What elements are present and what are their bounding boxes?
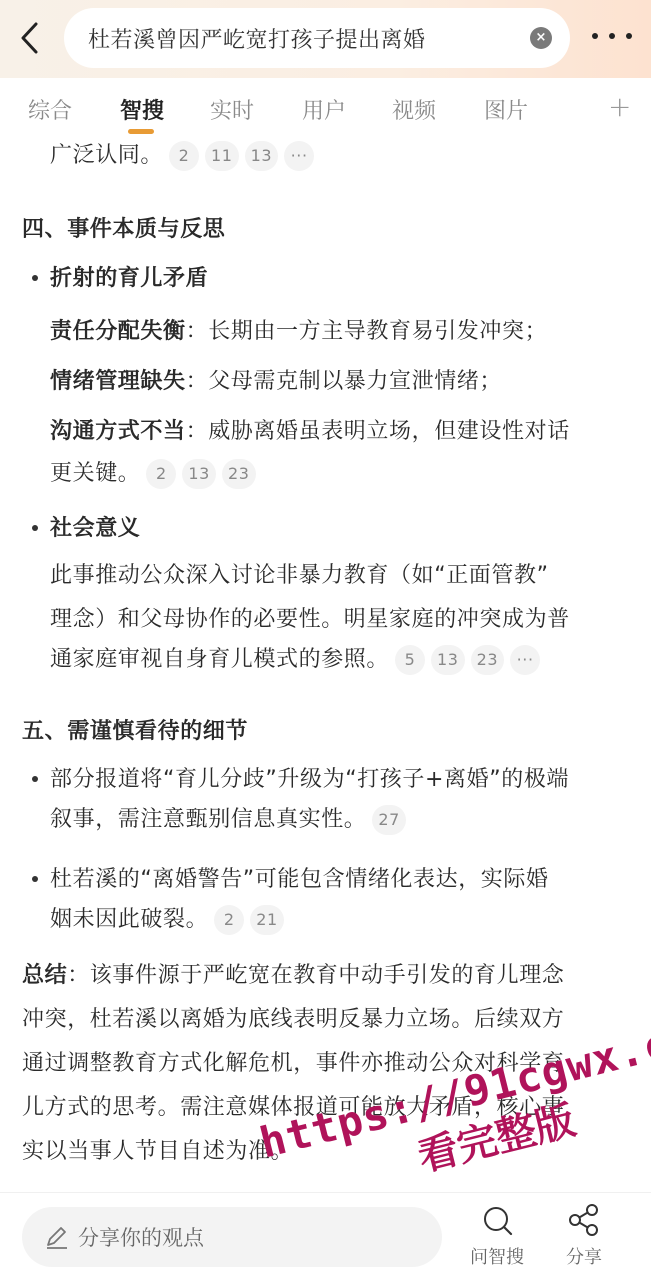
share-label: 分享 bbox=[566, 1243, 602, 1269]
add-tab-icon[interactable]: + bbox=[608, 90, 631, 123]
summary-line: 冲突，杜若溪以离婚为底线表明反暴力立场。后续双方 bbox=[22, 1002, 564, 1033]
back-button[interactable] bbox=[14, 18, 46, 58]
list-item: 杜若溪的“离婚警告”可能包含情绪化表达，实际婚 bbox=[50, 862, 549, 893]
list-item-continued: 更关键。21323 bbox=[50, 456, 256, 489]
summary-line: 通过调整教育方式化解危机，事件亦推动公众对科学育 bbox=[22, 1046, 564, 1077]
tab-images[interactable]: 图片 bbox=[484, 94, 528, 125]
list-item: 责任分配失衡：长期由一方主导教育易引发冲突； bbox=[50, 314, 547, 345]
comment-placeholder: 分享你的观点 bbox=[78, 1222, 204, 1252]
summary-line: 儿方式的思考。需注意媒体报道可能放大矛盾，核心事 bbox=[22, 1090, 564, 1121]
smart-search-icon bbox=[480, 1203, 514, 1237]
paragraph-line: 此事推动公众深入讨论非暴力教育（如“正面管教” bbox=[50, 558, 549, 589]
more-options-icon[interactable] bbox=[592, 24, 632, 48]
list-item: 沟通方式不当：威胁离婚虽表明立场，但建设性对话 bbox=[50, 414, 570, 445]
section-heading: 四、事件本质与反思 bbox=[22, 212, 225, 243]
list-item-continued: 叙事，需注意甄别信息真实性。27 bbox=[50, 802, 406, 835]
citation-badge[interactable]: 23 bbox=[222, 459, 256, 489]
clear-icon[interactable]: × bbox=[530, 27, 552, 49]
previous-paragraph-tail: 广泛认同。21113··· bbox=[50, 138, 314, 171]
paragraph-line: 理念）和父母协作的必要性。明星家庭的冲突成为普 bbox=[50, 602, 570, 633]
more-citations[interactable]: ··· bbox=[284, 141, 314, 171]
tab-videos[interactable]: 视频 bbox=[392, 94, 436, 125]
ask-smart-search-button[interactable]: 问智搜 bbox=[470, 1203, 524, 1269]
bullet-icon bbox=[32, 275, 38, 281]
chevron-left-icon bbox=[14, 18, 46, 58]
citation-badge[interactable]: 13 bbox=[431, 645, 465, 675]
bullet-icon bbox=[32, 876, 38, 882]
paragraph-line: 通家庭审视自身育儿模式的参照。51323··· bbox=[50, 642, 540, 675]
tab-smart-search[interactable]: 智搜 bbox=[120, 94, 164, 125]
tab-users[interactable]: 用户 bbox=[302, 94, 346, 125]
share-icon bbox=[567, 1203, 601, 1237]
citation-badge[interactable]: 5 bbox=[395, 645, 425, 675]
summary-line: 实以当事人节目自述为准。 bbox=[22, 1134, 293, 1165]
citation-badge[interactable]: 13 bbox=[182, 459, 216, 489]
ask-smart-search-label: 问智搜 bbox=[470, 1243, 524, 1269]
share-button[interactable]: 分享 bbox=[566, 1203, 602, 1269]
summary-line: 总结：该事件源于严屹宽在教育中动手引发的育儿理念 bbox=[22, 958, 564, 989]
citation-badge[interactable]: 23 bbox=[471, 645, 505, 675]
comment-input[interactable]: 分享你的观点 bbox=[22, 1207, 442, 1267]
section-heading: 五、需谨慎看待的细节 bbox=[22, 714, 248, 745]
tab-bar: 综合 智搜 实时 用户 视频 图片 + bbox=[0, 78, 651, 136]
subheading: 折射的育儿矛盾 bbox=[50, 261, 208, 292]
citation-badge[interactable]: 21 bbox=[250, 905, 284, 935]
subheading: 社会意义 bbox=[50, 511, 140, 542]
active-tab-indicator bbox=[128, 129, 154, 134]
citation-badge[interactable]: 11 bbox=[205, 141, 239, 171]
citation-badge[interactable]: 2 bbox=[146, 459, 176, 489]
citation-badge[interactable]: 2 bbox=[169, 141, 199, 171]
citation-badge[interactable]: 2 bbox=[214, 905, 244, 935]
header: 杜若溪曾因严屹宽打孩子提出离婚 × bbox=[0, 0, 651, 78]
pencil-icon bbox=[44, 1224, 70, 1250]
bullet-icon bbox=[32, 525, 38, 531]
bottom-bar: 分享你的观点 问智搜 分享 bbox=[0, 1192, 651, 1280]
search-input[interactable]: 杜若溪曾因严屹宽打孩子提出离婚 × bbox=[64, 8, 570, 68]
citation-badge[interactable]: 27 bbox=[372, 805, 406, 835]
more-citations[interactable]: ··· bbox=[510, 645, 540, 675]
list-item: 情绪管理缺失：父母需克制以暴力宣泄情绪； bbox=[50, 364, 502, 395]
tab-comprehensive[interactable]: 综合 bbox=[28, 94, 72, 125]
tab-realtime[interactable]: 实时 bbox=[210, 94, 254, 125]
search-query[interactable]: 杜若溪曾因严屹宽打孩子提出离婚 bbox=[88, 23, 426, 54]
bullet-icon bbox=[32, 776, 38, 782]
list-item: 部分报道将“育儿分歧”升级为“打孩子+离婚”的极端 bbox=[50, 762, 569, 793]
list-item-continued: 姻未因此破裂。221 bbox=[50, 902, 284, 935]
citation-badge[interactable]: 13 bbox=[245, 141, 279, 171]
